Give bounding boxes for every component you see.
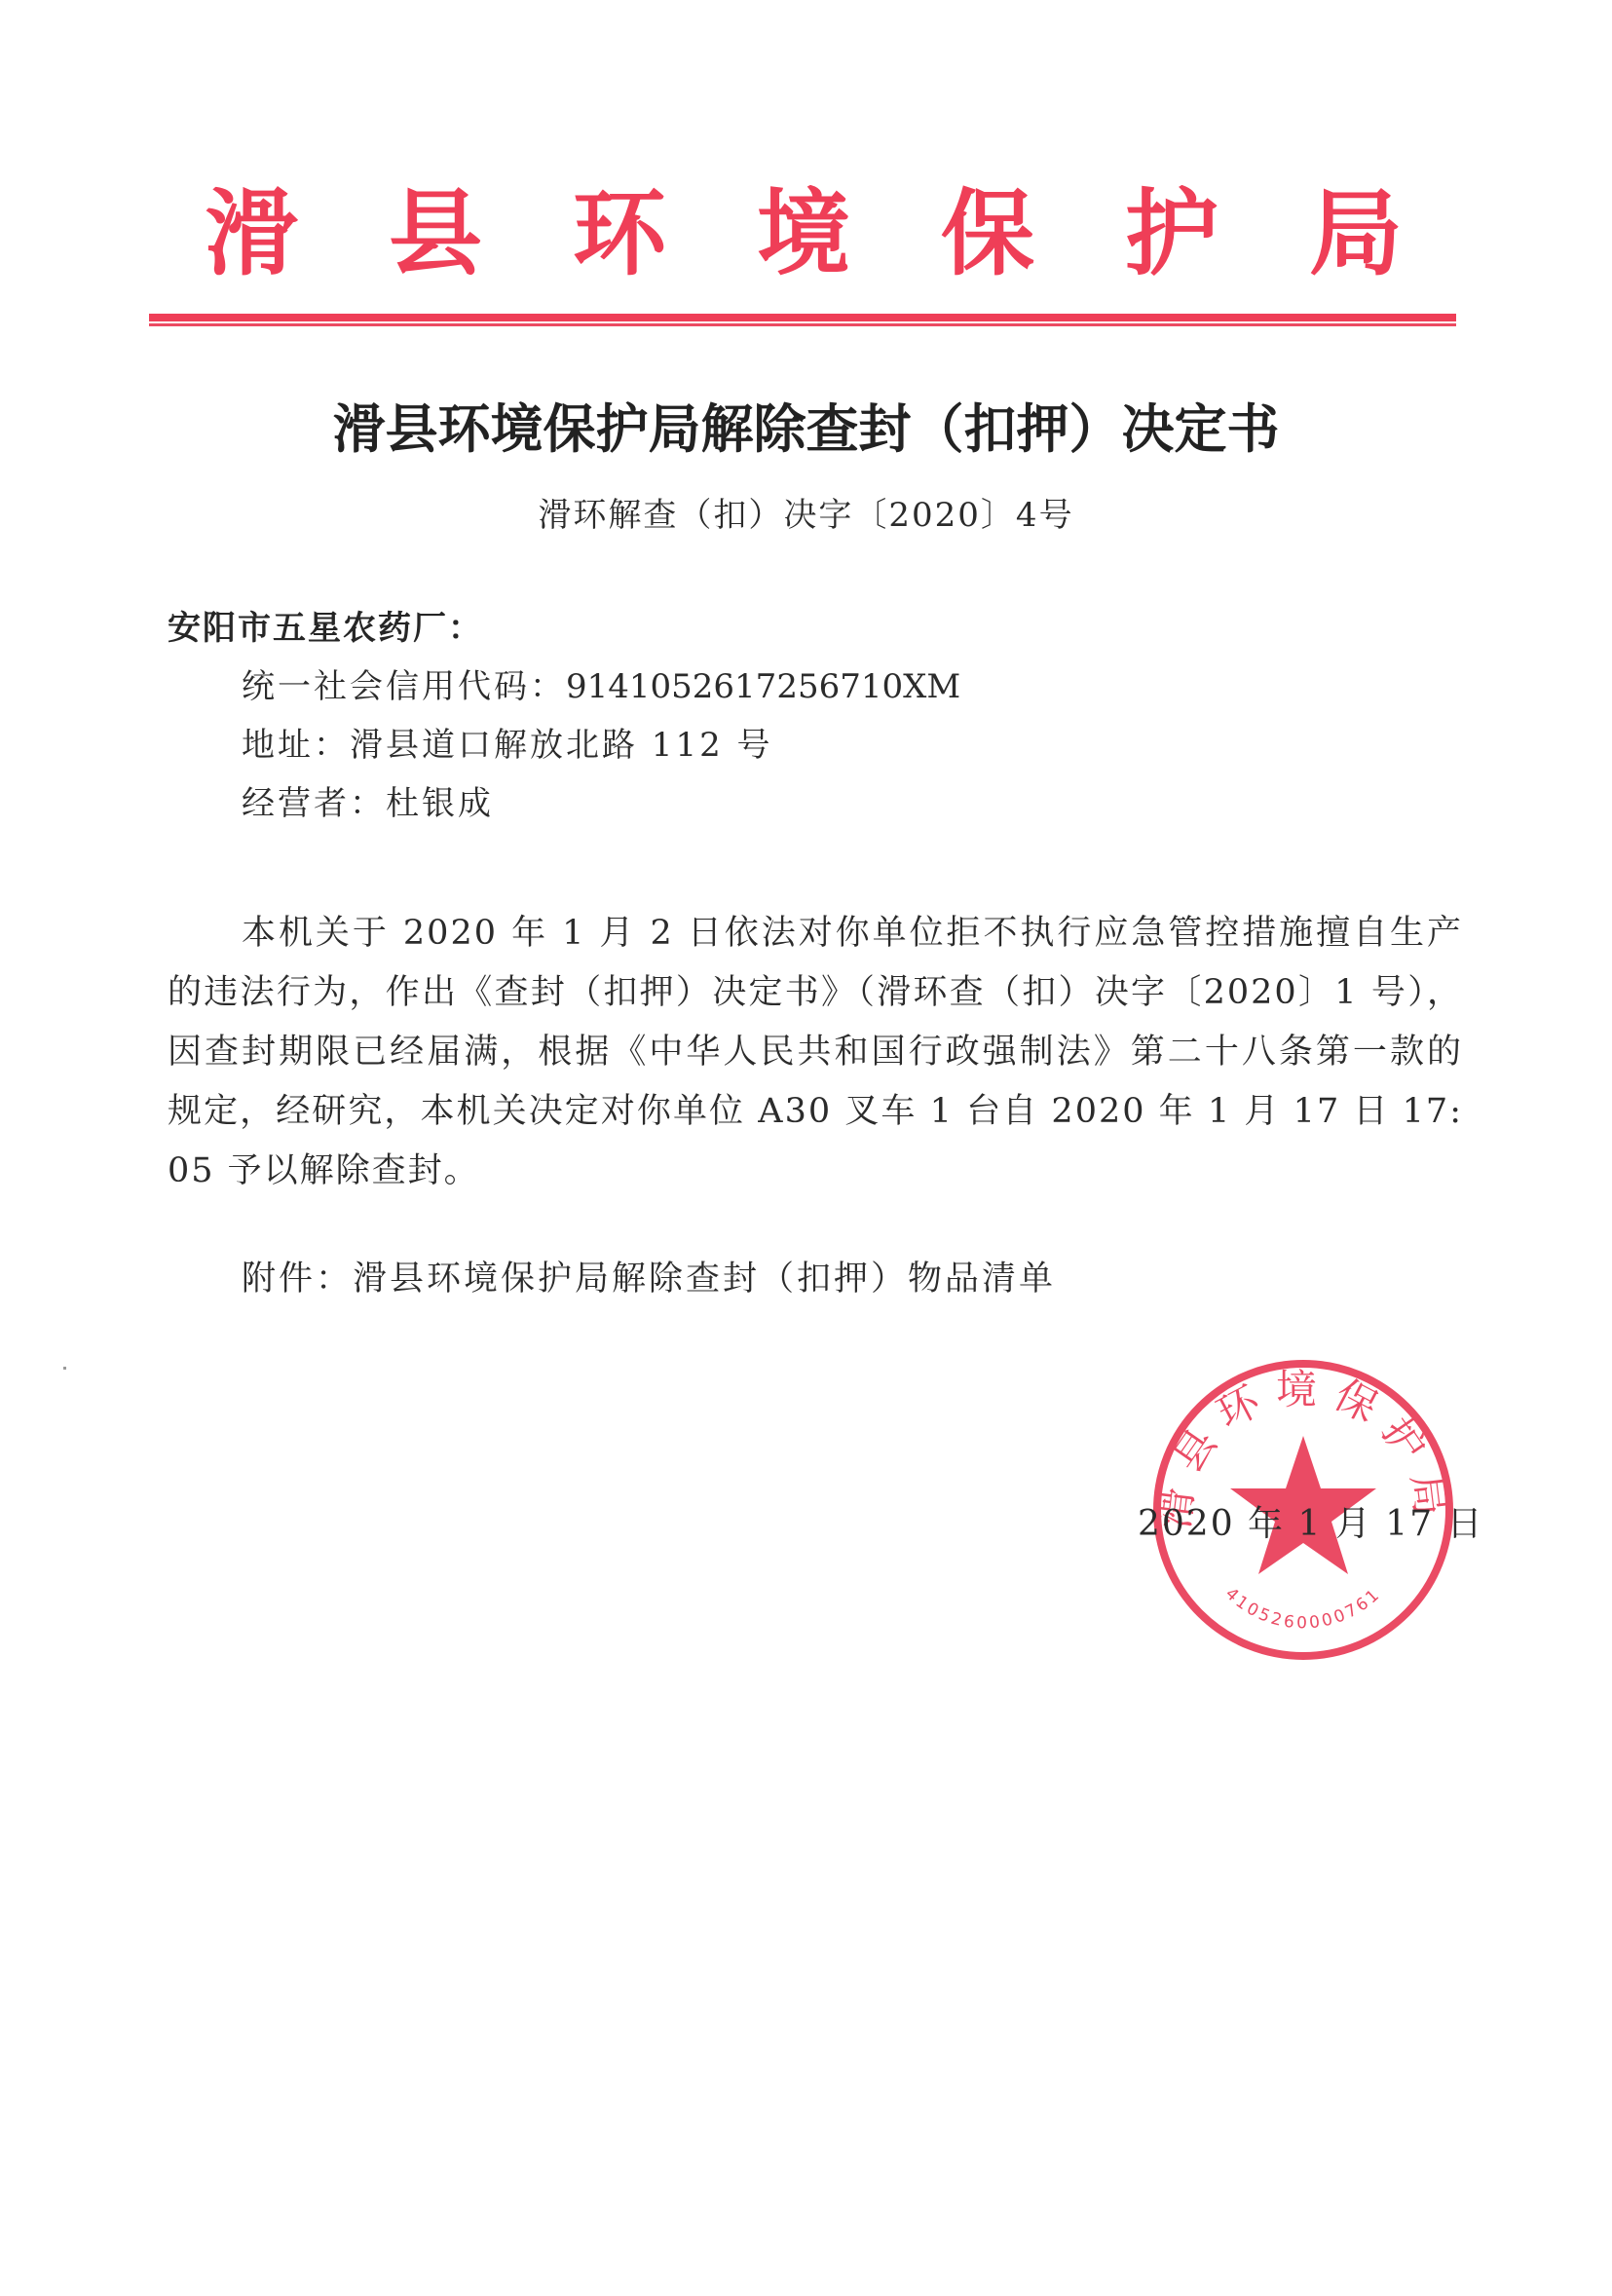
attachment-line: 附件：滑县环境保护局解除查封（扣押）物品清单 [242, 1257, 1056, 1301]
letterhead-char: 护 [1125, 180, 1218, 287]
operator-value: 杜银成 [386, 784, 494, 823]
letterhead-char: 环 [573, 180, 666, 287]
letterhead: 滑 县 环 境 保 护 局 [146, 180, 1456, 287]
document-title: 滑县环境保护局解除查封（扣押）决定书 [0, 395, 1612, 463]
address-line: 地址：滑县道口解放北路 112 号 [242, 723, 773, 768]
credit-code-value: 9141052617256710XM [566, 667, 960, 706]
letterhead-char: 滑 [205, 180, 298, 287]
letterhead-char: 保 [941, 180, 1034, 287]
address-label: 地址： [242, 726, 350, 765]
letterhead-rule-thick [149, 314, 1456, 321]
body-paragraph: 本机关于 2020 年 1 月 2 日依法对你单位拒不执行应急管控措施擅自生产的… [168, 904, 1463, 1201]
seal-number: 4105260000761 [1221, 1584, 1385, 1633]
signature-date: 2020 年 1 月 17 日 [1138, 1500, 1484, 1549]
letterhead-char: 局 [1309, 180, 1403, 287]
operator-line: 经营者：杜银成 [242, 781, 494, 826]
letterhead-char: 县 [389, 180, 482, 287]
recipient-name: 安阳市五星农药厂： [168, 606, 483, 651]
svg-text:4105260000761: 4105260000761 [1221, 1584, 1385, 1633]
document-number: 滑环解查（扣）决字〔2020〕4号 [0, 492, 1612, 539]
scan-speck [63, 1367, 66, 1370]
address-value: 滑县道口解放北路 112 号 [350, 726, 773, 765]
credit-code-line: 统一社会信用代码：9141052617256710XM [242, 664, 960, 709]
letterhead-rule-thin [149, 323, 1456, 326]
operator-label: 经营者： [242, 784, 386, 823]
credit-code-label: 统一社会信用代码： [242, 667, 566, 706]
letterhead-char: 境 [757, 180, 850, 287]
